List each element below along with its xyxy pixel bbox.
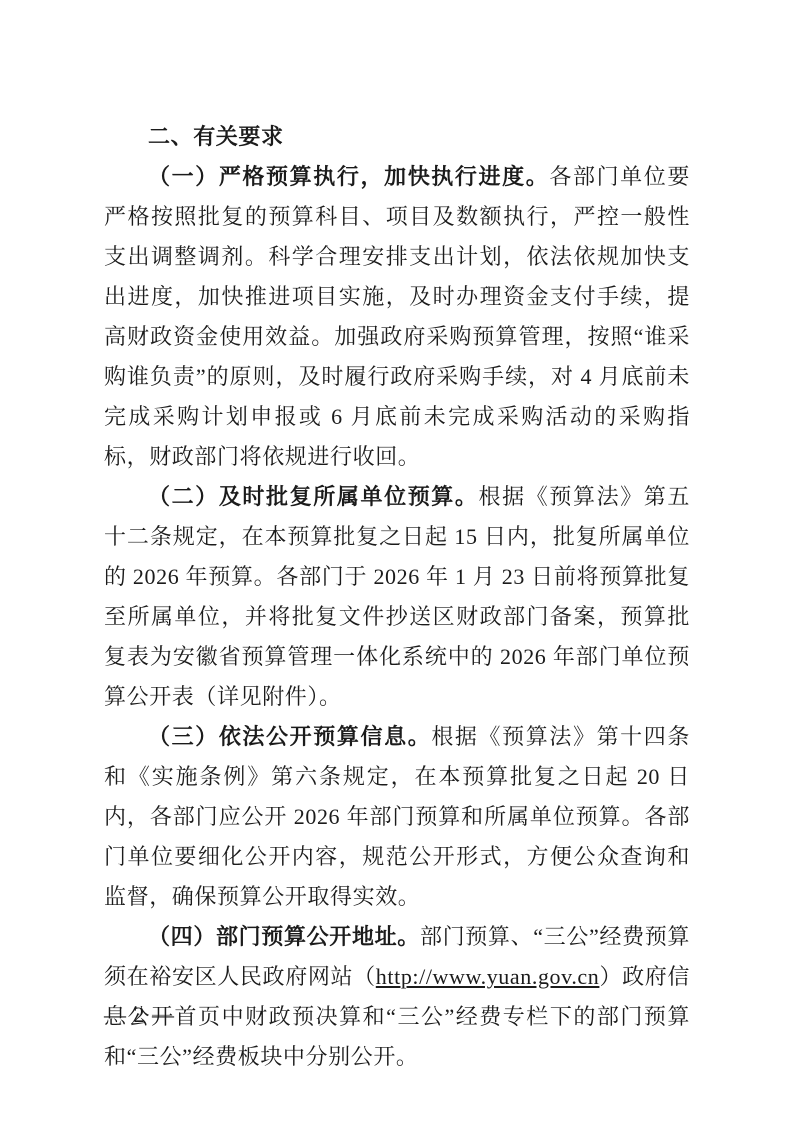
paragraph-4-lead: （四）部门预算公开地址。	[148, 924, 420, 949]
section-heading: 二、有关要求	[104, 117, 690, 157]
paragraph-3-lead: （三）依法公开预算信息。	[148, 724, 431, 749]
paragraph-4: （四）部门预算公开地址。部门预算、“三公”经费预算须在裕安区人民政府网站（htt…	[104, 917, 690, 1077]
gov-website-link[interactable]: http://www.yuan.gov.cn	[376, 964, 600, 989]
paragraph-3-body: 根据《预算法》第十四条和《实施条例》第六条规定，在本预算批复之日起 20 日内，…	[104, 724, 690, 909]
paragraph-2-body: 根据《预算法》第五十二条规定，在本预算批复之日起 15 日内，批复所属单位的 2…	[104, 484, 690, 709]
page-number: — 2 —	[104, 995, 175, 1035]
paragraph-2: （二）及时批复所属单位预算。根据《预算法》第五十二条规定，在本预算批复之日起 1…	[104, 477, 690, 717]
paragraph-1: （一）严格预算执行，加快执行进度。各部门单位要严格按照批复的预算科目、项目及数额…	[104, 157, 690, 477]
paragraph-1-lead: （一）严格预算执行，加快执行进度。	[148, 164, 549, 189]
document-body: 二、有关要求 （一）严格预算执行，加快执行进度。各部门单位要严格按照批复的预算科…	[104, 117, 690, 1077]
paragraph-1-body: 各部门单位要严格按照批复的预算科目、项目及数额执行，严控一般性支出调整调剂。科学…	[104, 164, 690, 469]
paragraph-2-lead: （二）及时批复所属单位预算。	[148, 484, 479, 509]
document-page: 二、有关要求 （一）严格预算执行，加快执行进度。各部门单位要严格按照批复的预算科…	[0, 0, 793, 1122]
paragraph-3: （三）依法公开预算信息。根据《预算法》第十四条和《实施条例》第六条规定，在本预算…	[104, 717, 690, 917]
